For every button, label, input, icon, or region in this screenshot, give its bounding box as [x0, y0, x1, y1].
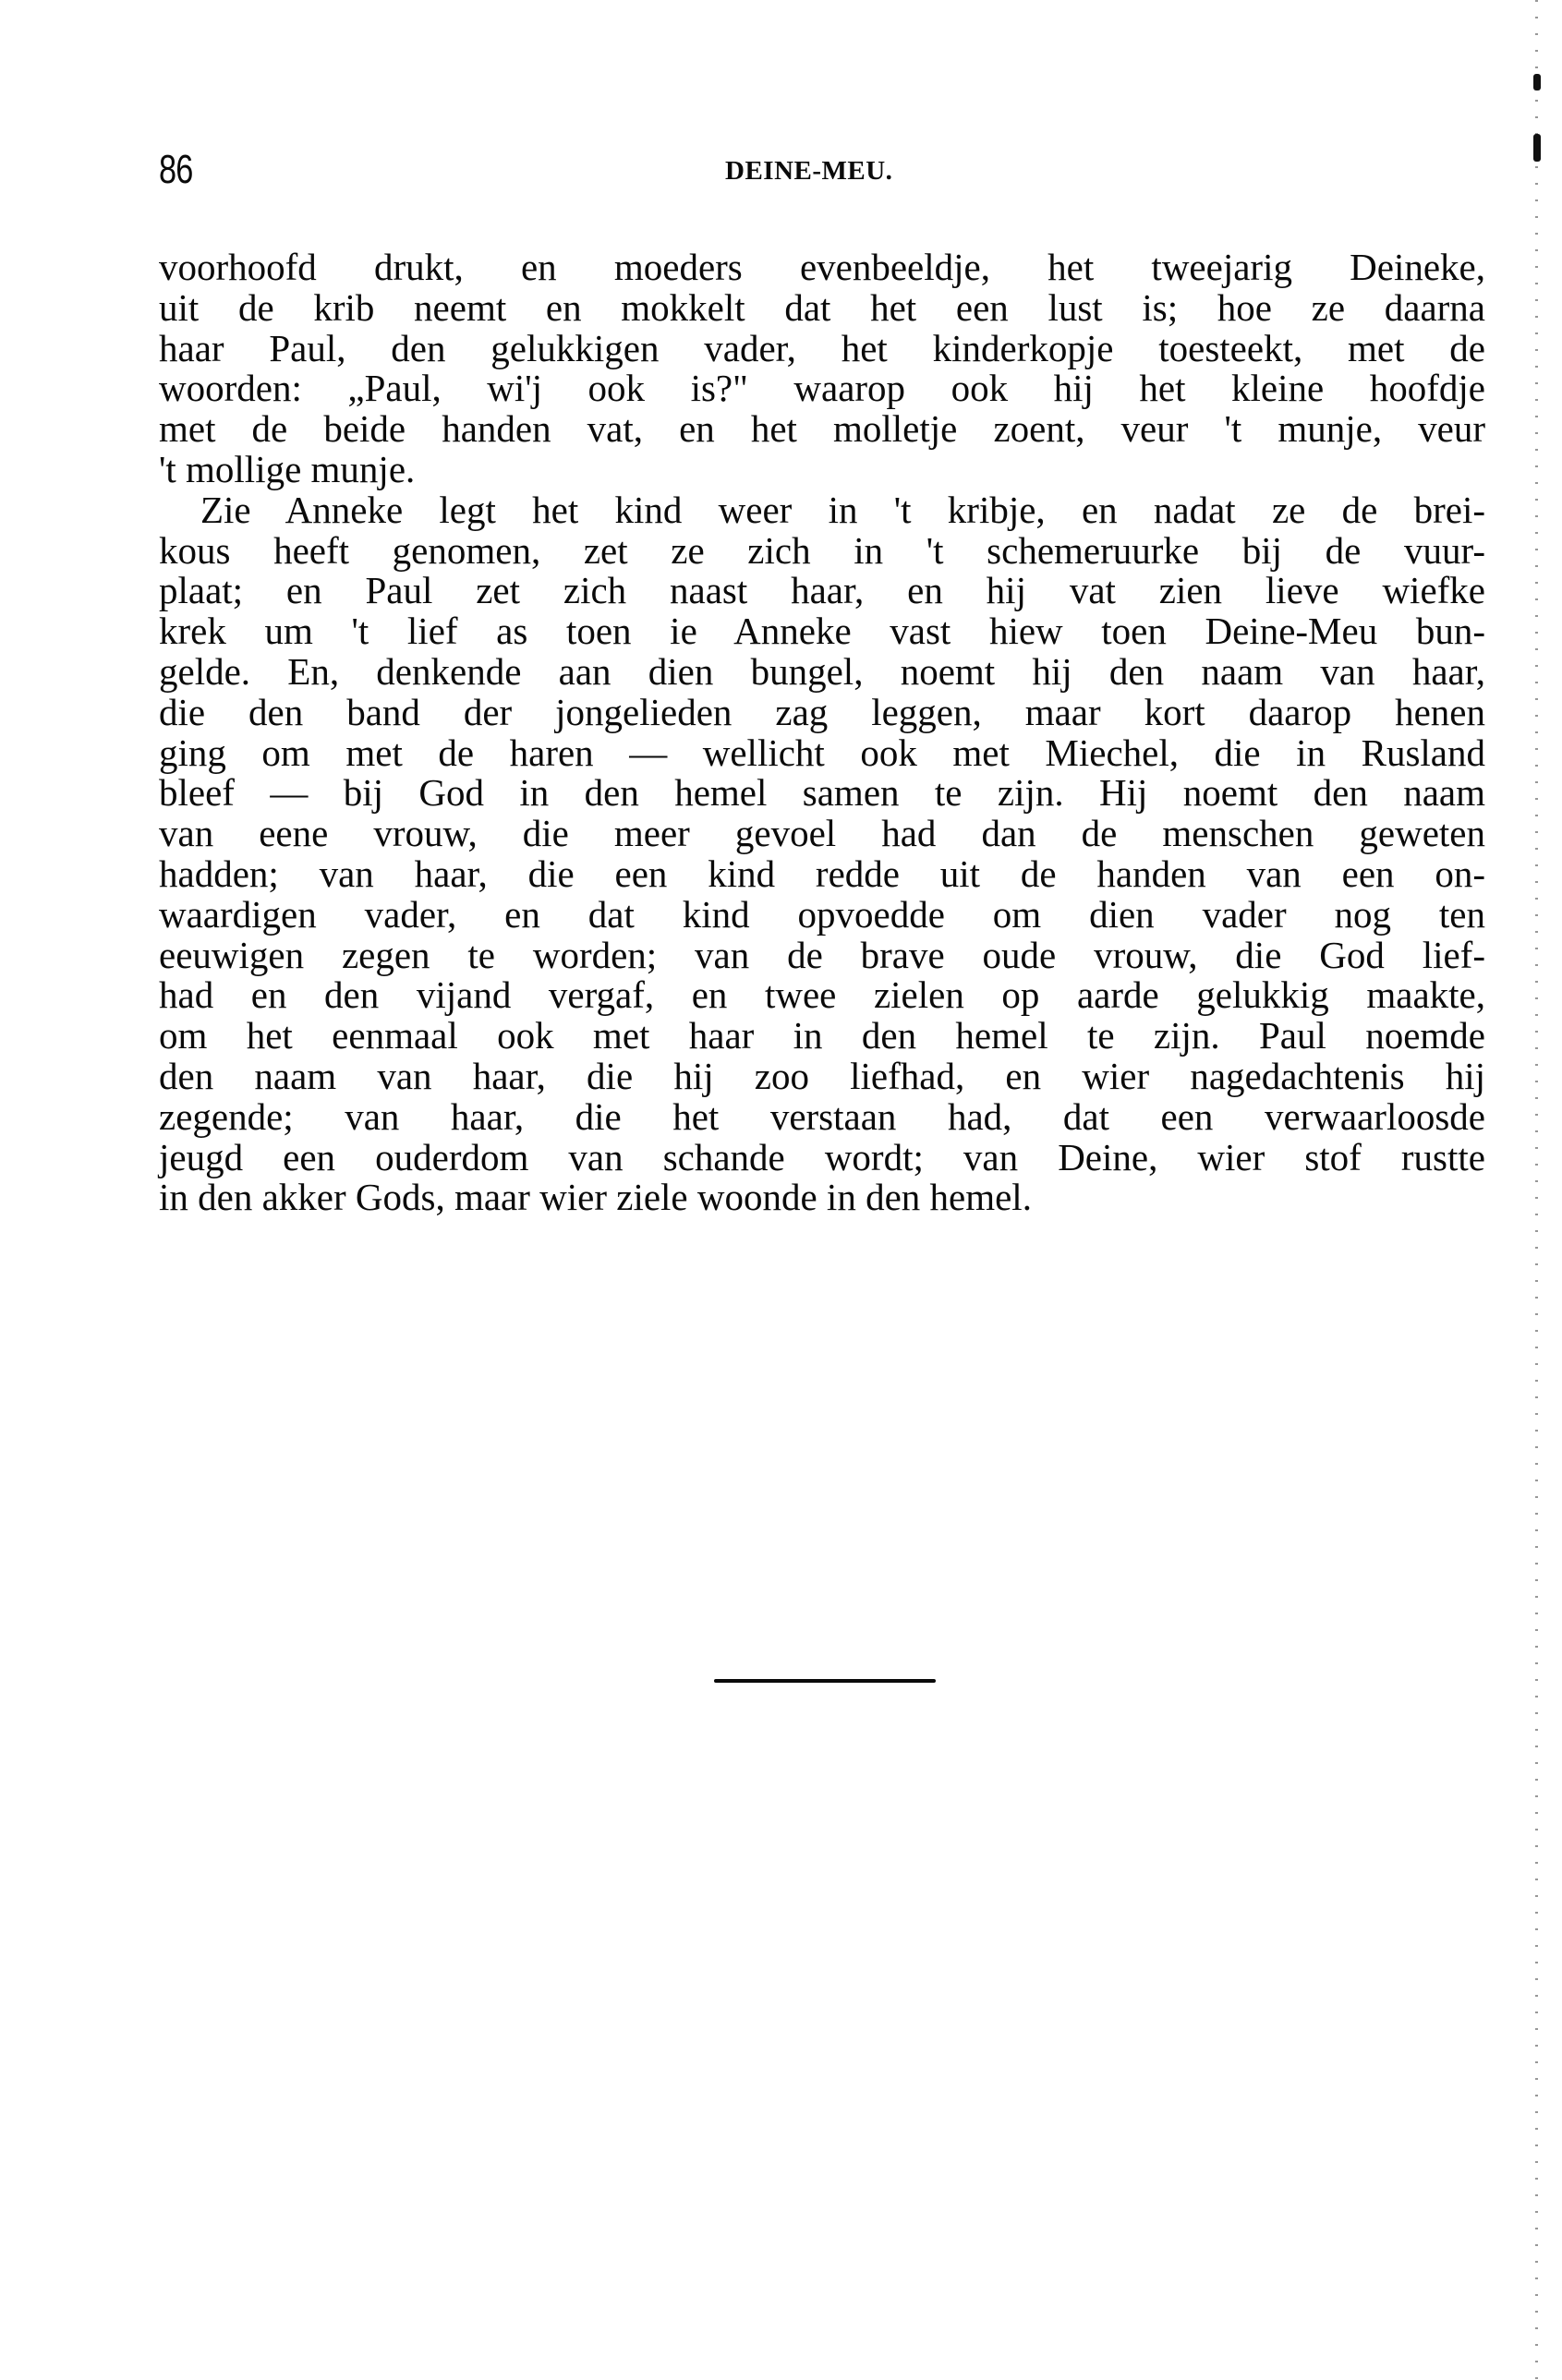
- page-number: 86: [159, 148, 193, 192]
- text-line: die den band der jongelieden zag leggen,…: [159, 693, 1485, 733]
- text-line: krek um 't lief as toen ie Anneke vast h…: [159, 611, 1485, 652]
- text-line: eeuwigen zegen te worden; van de brave o…: [159, 936, 1485, 976]
- text-line: hadden; van haar, die een kind redde uit…: [159, 854, 1485, 895]
- text-line: uit de krib neemt en mokkelt dat het een…: [159, 288, 1485, 329]
- text-line-paragraph-end: 't mollige munje.: [159, 450, 1485, 490]
- text-line: zegende; van haar, die het verstaan had,…: [159, 1097, 1485, 1138]
- running-head: DEINE-MEU.: [725, 155, 892, 187]
- scan-blot-artifact: [1533, 134, 1541, 162]
- text-line: jeugd een ouderdom van schande wordt; va…: [159, 1138, 1485, 1178]
- body-text: voorhoofd drukt, en moeders evenbeeldje,…: [159, 248, 1485, 1218]
- text-line: voorhoofd drukt, en moeders evenbeeldje,…: [159, 248, 1485, 288]
- text-line: gelde. En, denkende aan dien bungel, noe…: [159, 652, 1485, 693]
- text-line-final: in den akker Gods, maar wier ziele woond…: [159, 1178, 1485, 1218]
- text-line: waardigen vader, en dat kind opvoedde om…: [159, 895, 1485, 936]
- text-line: met de beide handen vat, en het molletje…: [159, 409, 1485, 450]
- text-line-paragraph-start: Zie Anneke legt het kind weer in 't krib…: [159, 490, 1485, 531]
- text-line: ging om met de haren — wellicht ook met …: [159, 733, 1485, 774]
- text-line: woorden: „Paul, wi'j ook is?" waarop ook…: [159, 368, 1485, 409]
- text-line: kous heeft genomen, zet ze zich in 't sc…: [159, 531, 1485, 572]
- text-line: bleef — bij God in den hemel samen te zi…: [159, 773, 1485, 814]
- text-line: had en den vijand vergaf, en twee zielen…: [159, 975, 1485, 1016]
- text-line: van eene vrouw, die meer gevoel had dan …: [159, 814, 1485, 854]
- text-line: plaat; en Paul zet zich naast haar, en h…: [159, 571, 1485, 611]
- text-line: om het eenmaal ook met haar in den hemel…: [159, 1016, 1485, 1057]
- text-line: den naam van haar, die hij zoo liefhad, …: [159, 1057, 1485, 1097]
- text-line: haar Paul, den gelukkigen vader, het kin…: [159, 329, 1485, 369]
- scan-blot-artifact: [1533, 74, 1541, 91]
- scan-edge-artifact: [1535, 0, 1538, 2380]
- end-rule: [714, 1679, 936, 1683]
